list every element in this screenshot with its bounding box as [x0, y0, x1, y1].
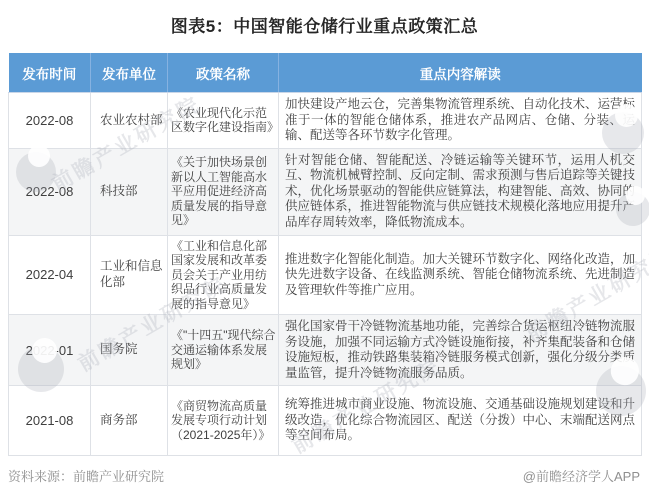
cell-agency: 科技部 — [91, 148, 168, 235]
page-title: 图表5：中国智能仓储行业重点政策汇总 — [0, 12, 649, 37]
cell-date: 2022-01 — [9, 315, 91, 386]
credit-note: @前瞻经济学人APP — [523, 466, 640, 485]
column-header-agency: 发布单位 — [91, 53, 168, 93]
column-header-content: 重点内容解读 — [279, 53, 642, 93]
column-header-policy: 政策名称 — [168, 53, 279, 93]
table-row: 2021-08 商务部 《商贸物流高质量发展专项行动计划（2021-2025年）… — [9, 386, 642, 456]
cell-policy: 《关于加快场景创新以人工智能高水平应用促进经济高质量发展的指导意见》 — [168, 148, 279, 235]
column-header-date: 发布时间 — [9, 53, 91, 93]
cell-agency: 商务部 — [91, 386, 168, 456]
cell-date: 2022-08 — [9, 93, 91, 149]
cell-content: 推进数字化智能化制造。加大关键环节数字化、网络化改造，加快先进数字设备、在线监测… — [279, 235, 642, 315]
cell-content: 统筹推进城市商业设施、物流设施、交通基础设施规划建设和升级改造，优化综合物流园区… — [279, 386, 642, 456]
cell-policy: 《商贸物流高质量发展专项行动计划（2021-2025年）》 — [168, 386, 279, 456]
policy-table: 发布时间 发布单位 政策名称 重点内容解读 2022-08 农业农村部 《农业现… — [8, 53, 642, 456]
cell-date: 2021-08 — [9, 386, 91, 456]
cell-date: 2022-04 — [9, 235, 91, 315]
table-row: 2022-01 国务院 《"十四五"现代综合交通运输体系发展规划》 强化国家骨干… — [9, 315, 642, 386]
source-note: 资料来源：前瞻产业研究院 — [8, 466, 164, 485]
cell-content: 加快建设产地云仓，完善集物流管理系统、自动化技术、运营标准于一体的智能仓储体系，… — [279, 93, 642, 149]
table-row: 2022-08 科技部 《关于加快场景创新以人工智能高水平应用促进经济高质量发展… — [9, 148, 642, 235]
cell-agency: 工业和信息化部 — [91, 235, 168, 315]
table-row: 2022-04 工业和信息化部 《工业和信息化部国家发展和改革委员会关于产业用纺… — [9, 235, 642, 315]
cell-agency: 农业农村部 — [91, 93, 168, 149]
cell-agency: 国务院 — [91, 315, 168, 386]
cell-content: 强化国家骨干冷链物流基地功能，完善综合货运枢纽冷链物流服务设施，加强不同运输方式… — [279, 315, 642, 386]
cell-policy: 《工业和信息化部国家发展和改革委员会关于产业用纺织品行业高质量发展的指导意见》 — [168, 235, 279, 315]
table-row: 2022-08 农业农村部 《农业现代化示范区数字化建设指南》 加快建设产地云仓… — [9, 93, 642, 149]
cell-date: 2022-08 — [9, 148, 91, 235]
table-header-row: 发布时间 发布单位 政策名称 重点内容解读 — [9, 53, 642, 93]
cell-policy: 《农业现代化示范区数字化建设指南》 — [168, 93, 279, 149]
cell-content: 针对智能仓储、智能配送、冷链运输等关键环节，运用人机交互、物流机械臂控制、反向定… — [279, 148, 642, 235]
cell-policy: 《"十四五"现代综合交通运输体系发展规划》 — [168, 315, 279, 386]
